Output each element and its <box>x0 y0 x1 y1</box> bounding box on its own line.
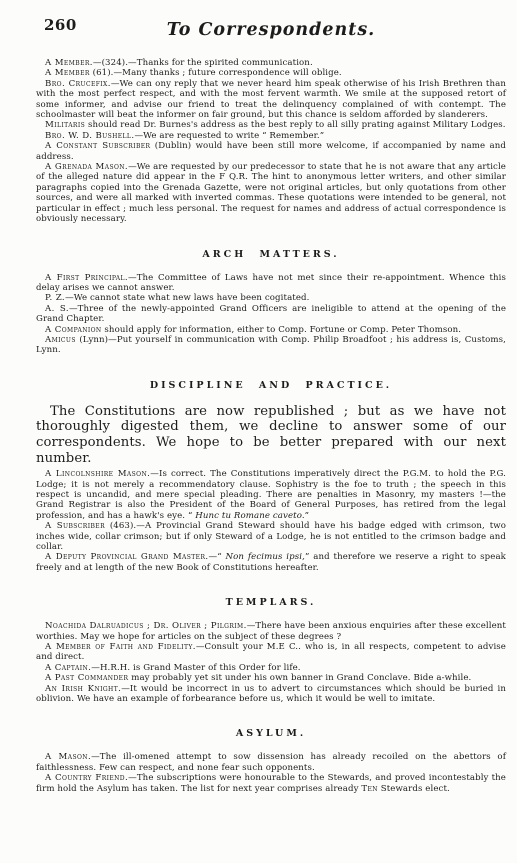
correspondence-entry: A Member (61).—Many thanks ; future corr… <box>36 68 506 78</box>
entry-text: should apply for information, either to … <box>102 325 461 335</box>
entry-text: —We cannot state what new laws have been… <box>65 293 309 303</box>
section-heading-arch-matters: ARCH MATTERS. <box>36 249 506 260</box>
entry-text: —H.R.H. is Grand Master of this Order fo… <box>91 663 300 673</box>
entry-text: The Constitutions are now republished ; … <box>36 404 506 466</box>
correspondent-name: A Grenada Mason. <box>45 162 128 172</box>
running-title: To Correspondents. <box>36 14 506 40</box>
section-templars: Noachida Dalruadicus ; Dr. Oliver ; Pilg… <box>36 621 506 704</box>
section-asylum: A Mason.—The ill-omened attempt to sow d… <box>36 752 506 794</box>
entry-text: (Lynn)—Put yourself in communication wit… <box>36 335 506 355</box>
correspondent-name: Bro. Crucefix. <box>45 79 111 89</box>
entry-text: should read Dr. Burnes's address as the … <box>85 120 506 130</box>
correspondent-name: A Member. <box>45 58 93 68</box>
correspondence-entry: A Member of Faith and Fidelity.—Consult … <box>36 642 506 663</box>
correspondent-name: An Irish Knight. <box>45 684 121 694</box>
page-header: 260 To Correspondents. <box>36 14 506 48</box>
correspondence-entry: Militaris should read Dr. Burnes's addre… <box>36 120 506 130</box>
correspondent-name: A Lincolnshire Mason. <box>45 469 150 479</box>
correspondence-entry: A Deputy Provincial Grand Master.—“ Non … <box>36 552 506 573</box>
correspondence-entry: A Mason.—The ill-omened attempt to sow d… <box>36 752 506 773</box>
correspondent-name: A First Principal. <box>45 273 128 283</box>
entry-text: ” <box>305 511 310 521</box>
entry-text: —The ill-omened attempt to sow dissensio… <box>36 752 506 772</box>
correspondence-entry: A First Principal.—The Committee of Laws… <box>36 273 506 294</box>
correspondence-entry: Noachida Dalruadicus ; Dr. Oliver ; Pilg… <box>36 621 506 642</box>
correspondence-entry: A Past Commander may probably yet sit un… <box>36 673 506 683</box>
correspondence-entry: An Irish Knight.—It would be incorrect i… <box>36 684 506 705</box>
scanned-book-page: 260 To Correspondents. A Member.—(324).—… <box>0 0 517 863</box>
correspondence-entry: Bro. Crucefix.—We can ony reply that we … <box>36 79 506 121</box>
entry-text: may probably yet sit under his own banne… <box>128 673 471 683</box>
correspondent-name: A Past Commander <box>45 673 128 683</box>
correspondent-name: A. S. <box>45 304 69 314</box>
correspondence-entry: A Subscriber (463).—A Provincial Grand S… <box>36 521 506 552</box>
latin-phrase: Hunc tu Romane caveto. <box>195 511 304 521</box>
entry-text: —(324).—Thanks for the spirited communic… <box>93 58 313 68</box>
correspondent-name: A Mason. <box>45 752 91 762</box>
correspondent-name: Bro. W. D. Bushell. <box>45 131 134 141</box>
entry-text: —“ <box>209 552 226 562</box>
section-heading-discipline-and-practice: DISCIPLINE AND PRACTICE. <box>36 380 506 391</box>
correspondence-entry: A Companion should apply for information… <box>36 325 506 335</box>
correspondent-name: A Constant Subscriber <box>45 141 150 151</box>
correspondent-name: A Captain. <box>45 663 91 673</box>
correspondent-name: A Member <box>45 68 90 78</box>
correspondence-entry: P. Z.—We cannot state what new laws have… <box>36 293 506 303</box>
emphasized-word: Ten <box>361 784 378 794</box>
section-discipline-and-practice: The Constitutions are now republished ; … <box>36 404 506 573</box>
correspondent-name: A Country Friend. <box>45 773 128 783</box>
entry-text: (463).—A Provincial Grand Steward should… <box>36 521 506 552</box>
correspondence-entry: A. S.—Three of the newly-appointed Grand… <box>36 304 506 325</box>
correspondence-entry: Bro. W. D. Bushell.—We are requested to … <box>36 131 506 141</box>
page-number: 260 <box>44 16 77 34</box>
entry-text: (61).—Many thanks ; future correspondenc… <box>90 68 342 78</box>
correspondence-entry: Amicus (Lynn)—Put yourself in communicat… <box>36 335 506 356</box>
correspondence-entry: A Country Friend.—The subscriptions were… <box>36 773 506 794</box>
latin-phrase: Non fecimus ipsi, <box>226 552 305 562</box>
correspondent-name: A Member of Faith and Fidelity. <box>45 642 196 652</box>
correspondent-name: A Subscriber <box>45 521 105 531</box>
correspondent-name: A Deputy Provincial Grand Master. <box>45 552 209 562</box>
section-heading-templars: TEMPLARS. <box>36 597 506 608</box>
correspondence-entry: A Grenada Mason.—We are requested by our… <box>36 162 506 224</box>
correspondent-name: A Companion <box>45 325 102 335</box>
correspondence-entry: A Member.—(324).—Thanks for the spirited… <box>36 58 506 68</box>
correspondence-entry: A Lincolnshire Mason.—Is correct. The Co… <box>36 469 506 521</box>
editorial-notice: The Constitutions are now republished ; … <box>36 404 506 466</box>
correspondence-entry: A Captain.—H.R.H. is Grand Master of thi… <box>36 663 506 673</box>
correspondent-name: Noachida Dalruadicus ; Dr. Oliver ; Pilg… <box>45 621 247 631</box>
correspondence-entry: A Constant Subscriber (Dublin) would hav… <box>36 141 506 162</box>
entry-text: Stewards elect. <box>378 784 450 794</box>
entry-text: —We are requested to write “ Remember.” <box>134 131 324 141</box>
section-general-correspondence: A Member.—(324).—Thanks for the spirited… <box>36 58 506 225</box>
correspondent-name: P. Z. <box>45 293 65 303</box>
section-arch-matters: A First Principal.—The Committee of Laws… <box>36 273 506 356</box>
correspondent-name: Militaris <box>45 120 85 130</box>
correspondent-name: Amicus <box>45 335 76 345</box>
entry-text: —Three of the newly-appointed Grand Offi… <box>36 304 506 324</box>
section-heading-asylum: ASYLUM. <box>36 728 506 739</box>
